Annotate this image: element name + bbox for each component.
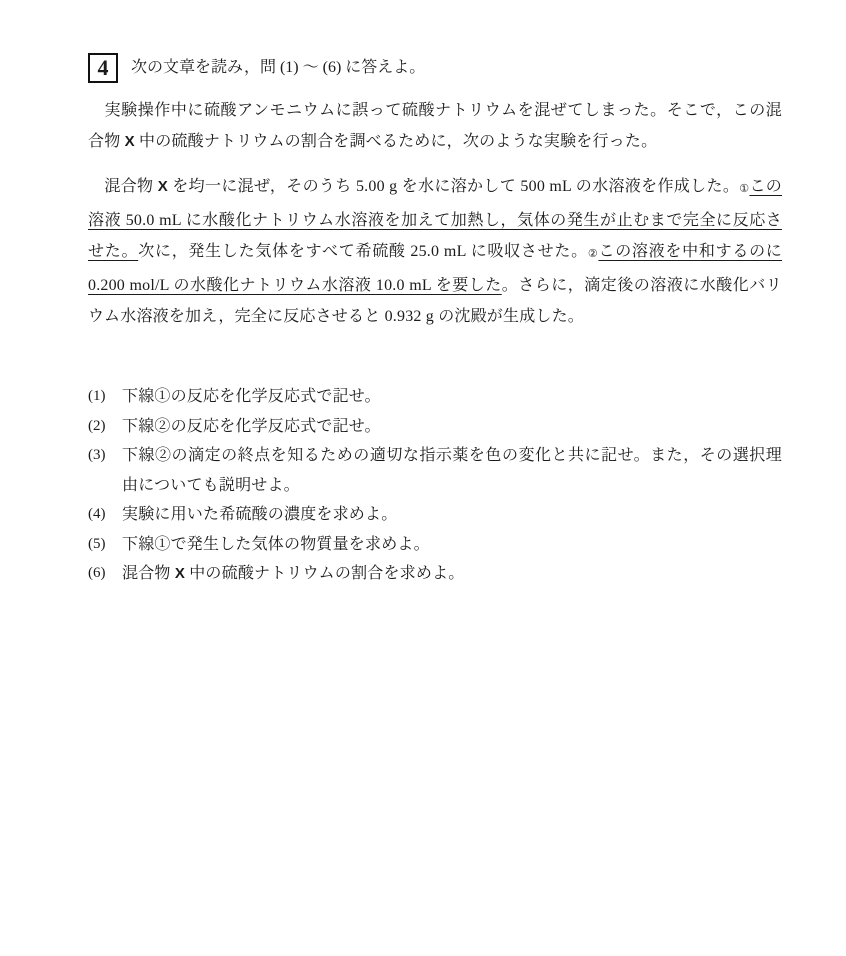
text-segment: を均一に混ぜ，そのうち 5.00 g を水に溶かして 500 mL の水溶液を作… xyxy=(168,178,739,195)
question-item-5: (5) 下線①で発生した気体の物質量を求めよ。 xyxy=(88,530,782,560)
question-number: (3) xyxy=(88,441,122,500)
mixture-x-label: X xyxy=(125,133,135,150)
problem-number-box: 4 xyxy=(88,53,118,83)
text-segment: 下線②の反応を化学反応式で記せ。 xyxy=(122,418,381,435)
text-segment: 下線①の反応を化学反応式で記せ。 xyxy=(122,388,381,405)
question-text: 実験に用いた希硫酸の濃度を求めよ。 xyxy=(122,500,782,530)
circled-reference-mark: ② xyxy=(588,248,599,260)
question-item-4: (4) 実験に用いた希硫酸の濃度を求めよ。 xyxy=(88,500,782,530)
question-item-3: (3) 下線②の滴定の終点を知るための適切な指示薬を色の変化と共に記せ。また，そ… xyxy=(88,441,782,500)
problem-number: 4 xyxy=(98,57,109,79)
mixture-x-label: X xyxy=(158,178,168,195)
question-text: 下線②の滴定の終点を知るための適切な指示薬を色の変化と共に記せ。また，その選択理… xyxy=(122,441,782,500)
question-number: (1) xyxy=(88,382,122,412)
question-text: 下線②の反応を化学反応式で記せ。 xyxy=(122,412,782,442)
text-segment: 下線①で発生した気体の物質量を求めよ。 xyxy=(122,536,430,553)
question-text: 下線①で発生した気体の物質量を求めよ。 xyxy=(122,530,782,560)
document-page: 4 次の文章を読み，問 (1) ～ (6) に答えよ。 実験操作中に硫酸アンモニ… xyxy=(0,0,846,956)
experiment-paragraph: 混合物 X を均一に混ぜ，そのうち 5.00 g を水に溶かして 500 mL … xyxy=(88,171,782,332)
text-segment: 混合物 xyxy=(122,565,175,582)
problem-header: 4 次の文章を読み，問 (1) ～ (6) に答えよ。 xyxy=(88,52,782,84)
question-number: (5) xyxy=(88,530,122,560)
question-number: (6) xyxy=(88,559,122,589)
mixture-x-label: X xyxy=(175,565,185,582)
intro-paragraph: 実験操作中に硫酸アンモニウムに誤って硫酸ナトリウムを混ぜてしまった。そこで，この… xyxy=(88,95,782,157)
text-segment: 中の硫酸ナトリウムの割合を調べるために，次のような実験を行った。 xyxy=(135,133,657,150)
question-text: 下線①の反応を化学反応式で記せ。 xyxy=(122,382,782,412)
text-segment: 混合物 xyxy=(88,178,158,195)
question-number: (4) xyxy=(88,500,122,530)
text-segment: 次に，発生した気体をすべて希硫酸 25.0 mL に吸収させた。 xyxy=(138,243,588,260)
question-item-2: (2) 下線②の反応を化学反応式で記せ。 xyxy=(88,412,782,442)
text-segment: 中の硫酸ナトリウムの割合を求めよ。 xyxy=(185,565,464,582)
question-item-6: (6) 混合物 X 中の硫酸ナトリウムの割合を求めよ。 xyxy=(88,559,782,589)
document-content: 4 次の文章を読み，問 (1) ～ (6) に答えよ。 実験操作中に硫酸アンモニ… xyxy=(88,52,782,589)
text-segment: 下線②の滴定の終点を知るための適切な指示薬を色の変化と共に記せ。また，その選択理… xyxy=(122,447,782,494)
question-text: 混合物 X 中の硫酸ナトリウムの割合を求めよ。 xyxy=(122,559,782,589)
question-list: (1) 下線①の反応を化学反応式で記せ。 (2) 下線②の反応を化学反応式で記せ… xyxy=(88,382,782,589)
question-item-1: (1) 下線①の反応を化学反応式で記せ。 xyxy=(88,382,782,412)
problem-prompt: 次の文章を読み，問 (1) ～ (6) に答えよ。 xyxy=(131,58,425,77)
circled-reference-mark: ① xyxy=(739,183,749,195)
question-number: (2) xyxy=(88,412,122,442)
text-segment: 実験に用いた希硫酸の濃度を求めよ。 xyxy=(122,506,397,523)
